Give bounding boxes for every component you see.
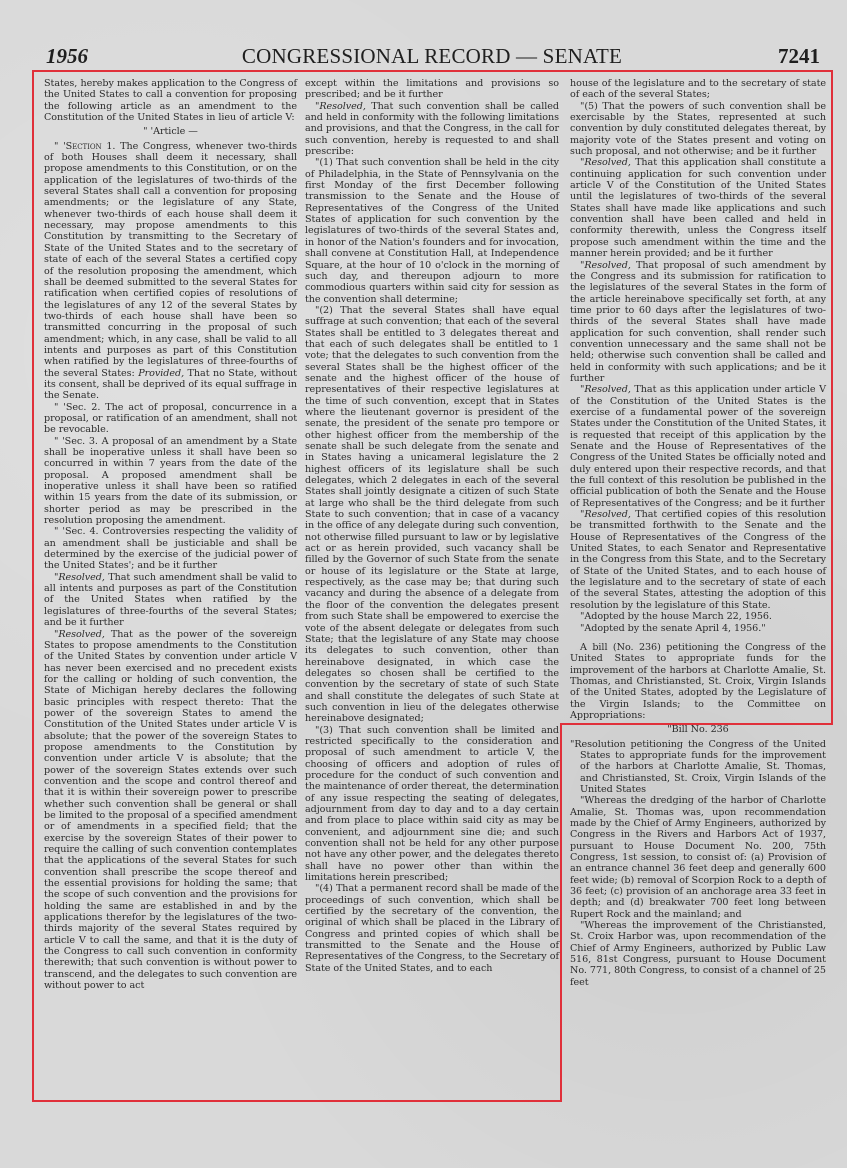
provision-3: "(3) That such convention shall be limit… (305, 725, 559, 884)
whereas-paragraph: "Whereas the dredging of the harbor of C… (570, 795, 826, 920)
whereas-paragraph: "Whereas the improvement of the Christia… (570, 920, 826, 988)
outline-left (32, 70, 34, 1102)
section-3: " 'Sec. 3. A proposal of an amendment by… (44, 436, 297, 527)
bill-heading: "Bill No. 236 (570, 724, 826, 735)
resolved-paragraph: "Resolved, That this application shall c… (570, 157, 826, 259)
column-middle: except within the limitations and provis… (305, 78, 559, 974)
provision-2: "(2) That the several States shall have … (305, 305, 559, 725)
header-page-number: 7241 (778, 44, 820, 69)
provided-italic: Provided, (138, 368, 184, 379)
article-heading: " 'Article — (44, 126, 297, 137)
resolved-label: "Resolved, (580, 509, 631, 520)
adopted-house: "Adopted by the house March 22, 1956. (570, 611, 826, 622)
resolved-label: "Resolved, (580, 260, 631, 271)
paragraph: house of the legislature and to the secr… (570, 78, 826, 101)
paragraph: States, hereby makes application to the … (44, 78, 297, 123)
resolved-paragraph: "Resolved, That such amendment shall be … (44, 572, 297, 629)
column-right: house of the legislature and to the secr… (570, 78, 826, 988)
page-header: 1956 CONGRESSIONAL RECORD — SENATE 7241 (32, 44, 832, 70)
section-text: The Congress, whenever two-thirds of bot… (44, 141, 297, 379)
resolved-text: That certified copies of this resolution… (570, 509, 826, 611)
resolved-text: That this application shall constitute a… (570, 157, 826, 259)
provision-5: "(5) That the powers of such convention … (570, 101, 826, 158)
section-4: " 'Sec. 4. Controversies respecting the … (44, 526, 297, 571)
resolved-label: "Resolved, (54, 629, 105, 640)
resolved-paragraph: "Resolved, That as this application unde… (570, 384, 826, 509)
outline-top (32, 70, 833, 72)
resolved-paragraph: "Resolved, That certified copies of this… (570, 509, 826, 611)
section-2: " 'Sec. 2. The act of proposal, concurre… (44, 402, 297, 436)
resolved-paragraph: "Resolved, That such convention shall be… (305, 101, 559, 158)
resolved-paragraph: "Resolved, That proposal of such amendme… (570, 260, 826, 385)
resolved-label: "Resolved, (54, 572, 105, 583)
column-left: States, hereby makes application to the … (44, 78, 297, 992)
resolved-label: "Resolved, (580, 384, 631, 395)
header-title: CONGRESSIONAL RECORD — SENATE (32, 44, 832, 69)
bill-intro: A bill (No. 236) petitioning the Congres… (570, 642, 826, 721)
paragraph: except within the limitations and provis… (305, 78, 559, 101)
resolved-paragraph: "Resolved, That as the power of the sove… (44, 629, 297, 992)
resolved-text: That as the power of the sovereign State… (44, 629, 297, 992)
outline-right (831, 70, 833, 725)
section-1: " 'Section 1. The Congress, whenever two… (44, 141, 297, 402)
provision-4: "(4) That a permanent record shall be ma… (305, 883, 559, 974)
outline-bottom (32, 1100, 562, 1102)
resolved-text: That as this application under article V… (570, 384, 826, 508)
section-label: " 'Section 1. (54, 141, 115, 152)
bill-title: "Resolution petitioning the Congress of … (570, 739, 826, 796)
outline-inner-vertical (560, 724, 562, 1102)
provision-1: "(1) That such convention shall be held … (305, 157, 559, 304)
adopted-senate: "Adopted by the senate April 4, 1956." (570, 623, 826, 634)
resolved-label: "Resolved, (580, 157, 631, 168)
resolved-label: "Resolved, (315, 101, 366, 112)
resolved-text: That proposal of such amendment by the C… (570, 260, 826, 384)
